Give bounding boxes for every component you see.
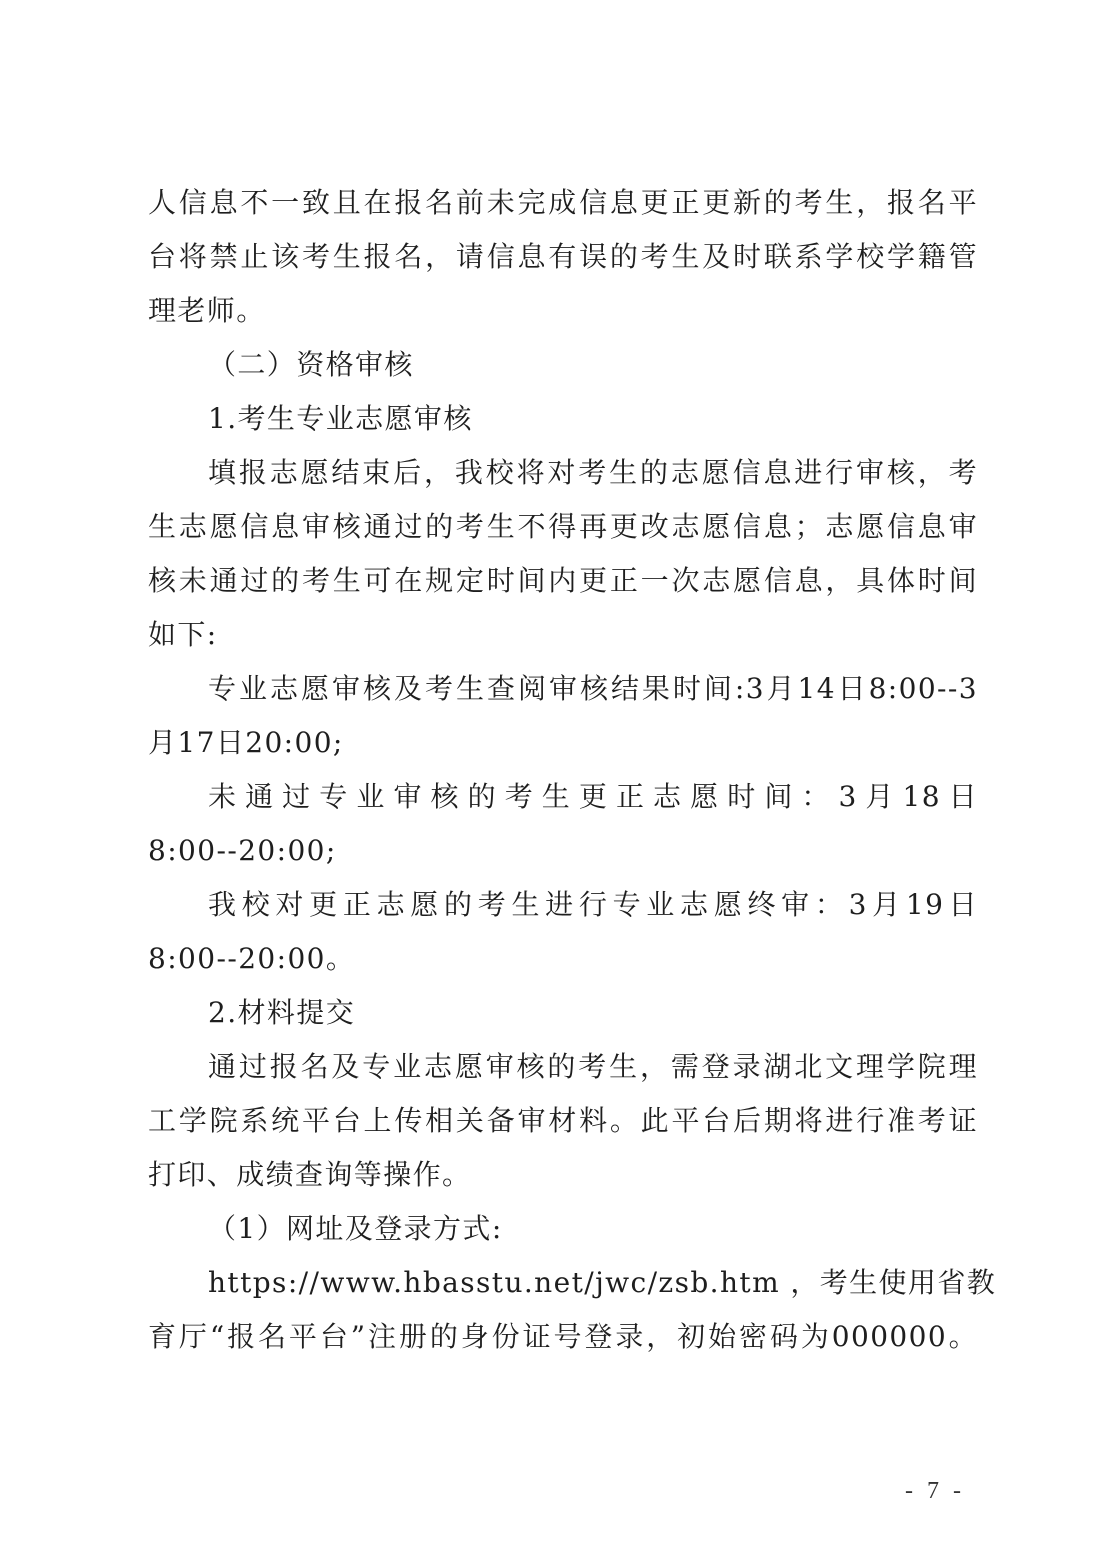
schedule-correction-time: 未通过专业审核的考生更正志愿时间：3月18日 [208,777,978,817]
paragraph-line: 人信息不一致且在报名前未完成信息更正更新的考生，报名平 [148,183,978,223]
page-number: - 7 - [905,1478,965,1505]
schedule-final-review: 我校对更正志愿的考生进行专业志愿终审：3月19日 [208,885,978,925]
section-heading-qualification-review: （二）资格审核 [208,345,1038,385]
paragraph-line: 台将禁止该考生报名，请信息有误的考生及时联系学校学籍管 [148,237,978,277]
subheading-material-submission: 2.材料提交 [208,993,978,1033]
subheading-url-login: （1）网址及登录方式: [208,1209,1038,1249]
schedule-review-time-end: 月17日20:00; [148,723,978,763]
schedule-final-review-range: 8:00--20:00。 [148,939,978,979]
paragraph-line: 核未通过的考生可在规定时间内更正一次志愿信息，具体时间 [148,561,978,601]
paragraph-line: 填报志愿结束后，我校将对考生的志愿信息进行审核，考 [208,453,978,493]
document-page: 人信息不一致且在报名前未完成信息更正更新的考生，报名平 台将禁止该考生报名，请信… [0,0,1096,1558]
paragraph-line: 打印、成绩查询等操作。 [148,1155,978,1195]
paragraph-line: 工学院系统平台上传相关备审材料。此平台后期将进行准考证 [148,1101,978,1141]
schedule-review-time: 专业志愿审核及考生查阅审核结果时间:3月14日8:00--3 [208,669,978,709]
paragraph-line: 生志愿信息审核通过的考生不得再更改志愿信息；志愿信息审 [148,507,978,547]
paragraph-line: 理老师。 [148,291,978,331]
paragraph-line: 育厅“报名平台”注册的身份证号登录，初始密码为000000。 [148,1317,978,1357]
schedule-correction-time-range: 8:00--20:00; [148,831,978,871]
paragraph-line: 通过报名及专业志愿审核的考生，需登录湖北文理学院理 [208,1047,978,1087]
url-line: https://www.hbasstu.net/jwc/zsb.htm ，考生使… [208,1263,978,1303]
subheading-major-preference-review: 1.考生专业志愿审核 [208,399,978,439]
paragraph-line: 如下: [148,615,978,655]
